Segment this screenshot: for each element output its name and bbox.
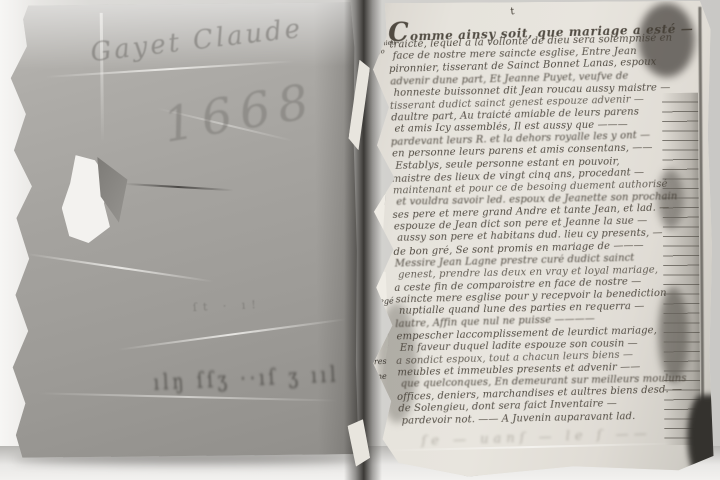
manuscript-text: Comme ainsy soit, que mariage a esté —tr… [389, 21, 685, 432]
cover-tear-line [124, 183, 234, 192]
manuscript-scan: Gayet Claude 1668 ſt · ı! ılŋ ſſʒ ··ıſ ʒ… [0, 0, 720, 480]
right-page: t a romieumayo Comme ainsy soit, que mar… [360, 1, 713, 477]
cover-ink-smudges: ılŋ ſſʒ ··ıſ ʒ ııl [153, 362, 354, 396]
left-cover: Gayet Claude 1668 ſt · ı! ılŋ ſſʒ ··ıſ ʒ… [4, 2, 361, 458]
top-cross-mark: t [510, 6, 515, 17]
cover-crease [25, 253, 213, 283]
cover-faint-marks: ſt · ı! [193, 298, 262, 314]
cover-year-inscription: 1668 [159, 73, 320, 154]
cover-crease [118, 318, 346, 350]
